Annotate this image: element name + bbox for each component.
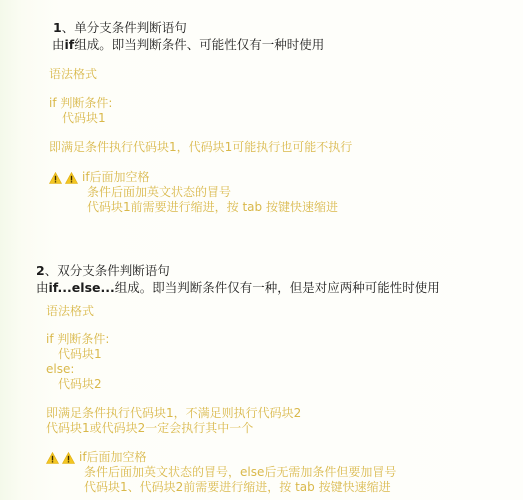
section1-warning-line: 代码块1前需要进行缩进，按 tab 按键快速缩进 [87,200,338,215]
section1-explanation: 即满足条件执行代码块1，代码块1可能执行也可能不执行 [49,140,352,155]
warning-icon [65,172,78,184]
section1-desc-suffix: 组成。即当判断条件、可能性仅有一种时使用 [74,37,324,52]
section2-warning-first-line: if后面加空格 [79,450,147,465]
section1-code-line-if: if 判断条件: [49,96,112,111]
section2-title: 2、双分支条件判断语句 [36,263,170,278]
section1-description: 由if组成。即当判断条件、可能性仅有一种时使用 [52,37,324,52]
section1-title: 1、单分支条件判断语句 [53,20,187,35]
section2-warning-line: 代码块1、代码块2前需要进行缩进，按 tab 按键快速缩进 [84,480,391,495]
section2-code-line-block1: 代码块1 [58,347,102,362]
section2-title-number: 2 [36,263,45,278]
section2-warning-line: 条件后面加英文状态的冒号，else后无需加条件但要加冒号 [84,465,396,480]
section1-code-line-block1: 代码块1 [62,111,106,126]
section2-code-line-else: else: [46,362,74,377]
section2-desc-prefix: 由 [36,280,49,295]
section2-syntax-label: 语法格式 [46,304,94,319]
section2-code-line-if: if 判断条件: [46,332,109,347]
section1-warning: if后面加空格 [49,170,150,185]
section2-title-text: 、双分支条件判断语句 [45,263,170,278]
section2-warning: if后面加空格 [46,450,147,465]
warning-icon [49,172,62,184]
section2-explanation-line: 即满足条件执行代码块1，不满足则执行代码块2 [46,406,301,421]
section1-desc-keyword: if [65,37,75,52]
section2-description: 由if...else...组成。即当判断条件仅有一种，但是对应两种可能性时使用 [36,280,440,295]
section2-desc-suffix: 组成。即当判断条件仅有一种，但是对应两种可能性时使用 [115,280,440,295]
section1-title-number: 1 [53,20,62,35]
warning-icon [46,452,59,464]
section1-warning-first-line: if后面加空格 [82,170,150,185]
section2-code-line-block2: 代码块2 [58,377,102,392]
section1-desc-prefix: 由 [52,37,65,52]
section1-syntax-label: 语法格式 [49,67,97,82]
section1-title-text: 、单分支条件判断语句 [62,20,187,35]
warning-icon [62,452,75,464]
section1-warning-line: 条件后面加英文状态的冒号 [87,185,231,200]
section2-explanation-line: 代码块1或代码块2一定会执行其中一个 [46,421,253,436]
section2-desc-keyword: if...else... [49,280,115,295]
